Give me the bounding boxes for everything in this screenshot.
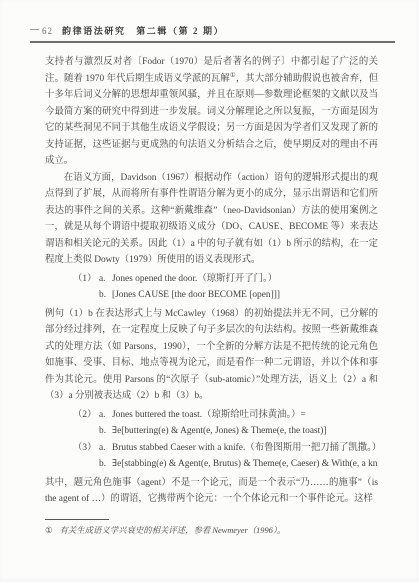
example-item-label: a. [99, 407, 112, 424]
footnote-text: 有关生成语义学兴衰史的相关评述，参看 Newmeyer（1996）。 [60, 524, 286, 537]
header-ornament [30, 29, 39, 30]
example-text: Brutus stabbed Caeser with a knife.（布鲁图斯… [112, 443, 378, 453]
example-text: ∃e[buttering(e) & Agent(e, Jones) & Them… [112, 426, 326, 436]
example-line: b.∃e[stabbing(e) & Agent(e, Brutus) & Th… [73, 456, 378, 473]
example-item-label: b. [99, 456, 112, 473]
paragraph: 例句（1）b 在表达形式上与 McCawley（1968）的初始提法并无不同，已… [45, 306, 378, 405]
page-number: 62 [42, 26, 53, 36]
example-number: （3） [73, 440, 99, 457]
footnote-marker: ① [45, 524, 53, 537]
example-line: （3）a.Brutus stabbed Caeser with a knife.… [73, 440, 378, 457]
page-header: 62 韵律语法研究 第二辑（第 2 期） [30, 24, 395, 43]
example-line: （1）a.Jones opened the door.（琼斯打开了门。） [73, 271, 378, 288]
example-block: （2）a.Jones buttered the toast.（琼斯给吐司抹黄油。… [45, 407, 378, 473]
footnote-area: ① 有关生成语义学兴衰史的相关评述，参看 Newmeyer（1996）。 [45, 519, 378, 537]
page-body: 支持者与激烈反对者〔Fodor（1970）是后者著名的例子〕中都引起了广泛的关注… [45, 54, 378, 518]
paragraph: 在语义方面，Davidson（1967）根据动作（action）语句的逻辑形式提… [45, 170, 378, 269]
example-text: [Jones CAUSE [the door BECOME [open]]] [112, 290, 280, 300]
paragraph: 其中，题元角色施事（agent）不是一个论元，而是一个表示“乃……的施事”（is… [45, 475, 378, 508]
example-text: ∃e[stabbing(e) & Agent(e, Brutus) & Them… [112, 459, 378, 469]
paragraph-text: ，其大部分辅助假说也被舍弃，但十多年后词义分解的思想却重领风骚，并且在原则—参数… [45, 74, 378, 167]
example-item-label: a. [99, 271, 112, 288]
example-block: （1）a.Jones opened the door.（琼斯打开了门。） b.[… [45, 271, 378, 304]
example-item-label: b. [99, 423, 112, 440]
example-item-label: b. [99, 287, 112, 304]
example-number: （2） [73, 407, 99, 424]
journal-title: 韵律语法研究 第二辑（第 2 期） [62, 24, 224, 37]
example-text: Jones opened the door.（琼斯打开了门。） [112, 274, 277, 284]
example-number: （1） [73, 271, 99, 288]
example-line: b.[Jones CAUSE [the door BECOME [open]]] [73, 287, 378, 304]
footnote: ① 有关生成语义学兴衰史的相关评述，参看 Newmeyer（1996）。 [45, 524, 378, 537]
example-line: b.∃e[buttering(e) & Agent(e, Jones) & Th… [73, 423, 378, 440]
paragraph: 支持者与激烈反对者〔Fodor（1970）是后者著名的例子〕中都引起了广泛的关注… [45, 54, 378, 170]
example-text: Jones buttered the toast.（琼斯给吐司抹黄油。）= [112, 410, 306, 420]
example-item-label: a. [99, 440, 112, 457]
footnote-rule [45, 519, 109, 520]
book-page: 62 韵律语法研究 第二辑（第 2 期） 支持者与激烈反对者〔Fodor（197… [0, 0, 419, 582]
example-line: （2）a.Jones buttered the toast.（琼斯给吐司抹黄油。… [73, 407, 378, 424]
